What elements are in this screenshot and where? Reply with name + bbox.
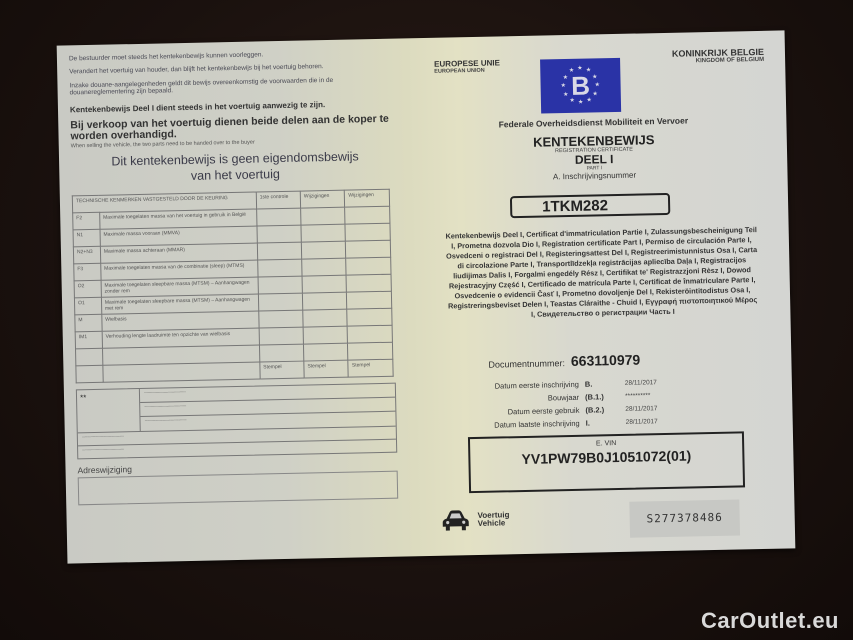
star-icon: ★	[563, 91, 569, 97]
header-cell: Wijzigingen	[300, 190, 345, 208]
not-ownership-notice: Dit kentekenbewijs is geen eigendomsbewi…	[71, 149, 400, 187]
note-3: Inzake douane-aangelegenheden geldt dit …	[69, 75, 397, 97]
multilingual-title: Kentekenbewijs Deel I, Certificat d'imma…	[444, 225, 761, 322]
stamp-cell: Stempel	[304, 360, 349, 378]
row-code: IM1	[75, 331, 102, 349]
remarks-box: ** .....................................…	[76, 382, 397, 459]
row-code: M	[75, 314, 102, 332]
serial-number: S277378486	[629, 499, 740, 537]
star-icon: ★	[561, 83, 567, 89]
row-code	[76, 348, 103, 366]
left-page: De bestuurder moet steeds het kentekenbe…	[69, 49, 406, 505]
vin-number: YV1PW79B0J1051072(01)	[470, 446, 742, 468]
star-icon: ★	[577, 66, 583, 72]
header-cell: Wijzigingen	[345, 189, 390, 207]
star-icon: ★	[586, 97, 592, 103]
document-number: Documentnummer:663110979	[488, 352, 640, 371]
document-title: KENTEKENBEWIJS REGISTRATION CERTIFICATE …	[424, 131, 765, 184]
watermark-logo: CarOutlet.eu	[701, 608, 839, 634]
star-icon: ★	[586, 68, 592, 74]
dates-section: Datum eerste inschrijving B. 28/11/2017B…	[459, 375, 720, 432]
star-icon: ★	[569, 98, 575, 104]
row-code: O2	[74, 280, 101, 298]
star-icon: ★	[592, 91, 598, 97]
authority-name: Federale Overheidsdienst Mobiliteit en V…	[423, 114, 763, 131]
header-cell: 1ste controle	[256, 191, 301, 209]
right-page: EUROPESE UNIE EUROPEAN UNION B ★★★★★★★★★…	[422, 30, 793, 555]
stamp-cell: Stempel	[348, 359, 393, 377]
registration-certificate: De bestuurder moet steeds het kentekenbe…	[57, 30, 796, 563]
row-code: O1	[74, 297, 101, 315]
star-icon: ★	[569, 68, 575, 74]
row-code: N1	[73, 229, 100, 247]
technical-table: TECHNISCHE KENMERKEN VASTGESTELD DOOR DE…	[72, 188, 394, 383]
address-change-box	[78, 470, 399, 505]
vin-box: E. VIN YV1PW79B0J1051072(01)	[468, 431, 745, 493]
must-be-in-vehicle-note: Kentekenbewijs Deel I dient steeds in he…	[70, 98, 398, 114]
note-1: De bestuurder moet steeds het kentekenbe…	[69, 49, 397, 63]
stamp-cell: Stempel	[260, 361, 305, 379]
row-code: N2+N3	[73, 246, 100, 264]
star-icon: ★	[578, 100, 584, 106]
star-icon: ★	[595, 82, 601, 88]
star-icon: ★	[563, 74, 569, 80]
registration-number: 1TKM282	[510, 193, 670, 218]
kingdom-label: KONINKRIJK BELGIE KINGDOM OF BELGIUM	[672, 47, 764, 65]
eu-label: EUROPESE UNIE EUROPEAN UNION	[434, 58, 500, 74]
star-icon: ★	[592, 74, 598, 80]
vehicle-label: Voertuig Vehicle	[441, 508, 509, 531]
row-code: F3	[74, 263, 101, 281]
stars-label: **	[77, 389, 141, 432]
note-2: Verandert het voertuig van houder, dan b…	[69, 62, 397, 76]
row-code: F2	[73, 212, 100, 230]
eu-flag-icon: B ★★★★★★★★★★★★	[540, 58, 621, 114]
car-icon	[441, 509, 469, 532]
